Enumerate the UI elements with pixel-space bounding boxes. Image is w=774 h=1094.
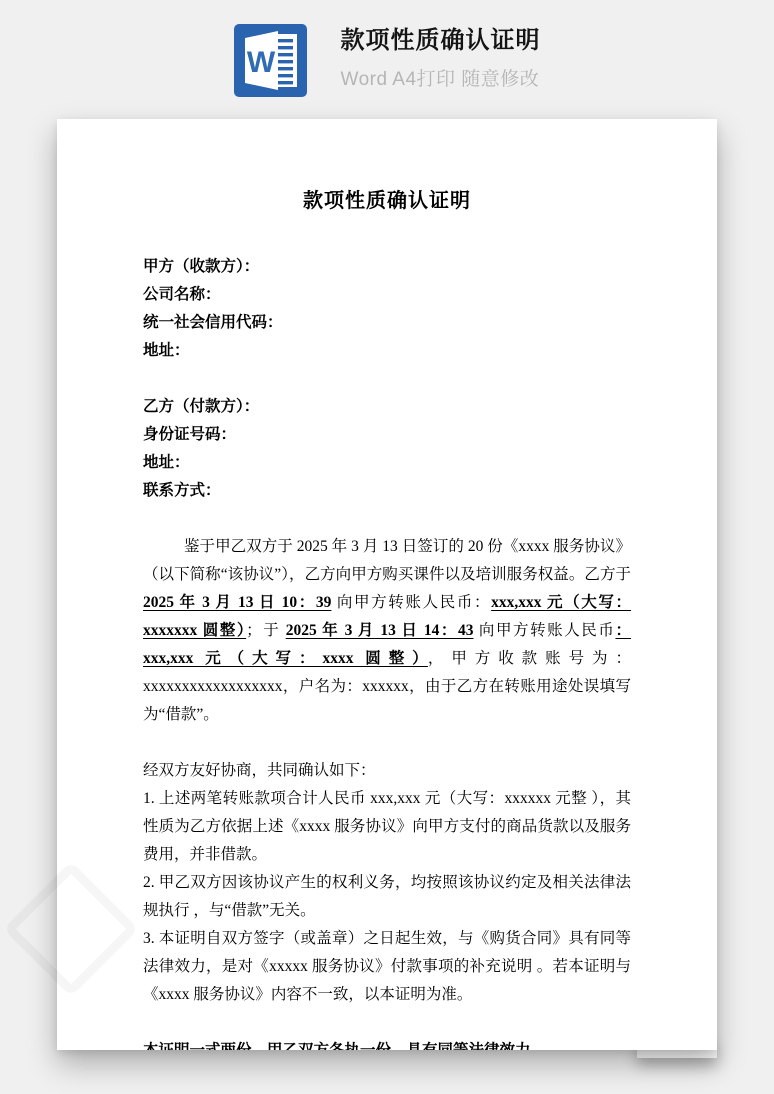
doc-paragraph: 1. 上述两笔转账款项合计人民币 xxx,xxx 元（大写：xxxxxx 元整 … [143, 785, 631, 869]
doc-text-segment: 向甲方转账人民币 [473, 622, 615, 639]
doc-line: 统一社会信用代码： [143, 309, 631, 337]
page-subtitle: Word A4打印 随意修改 [341, 69, 541, 91]
blank-line [143, 729, 631, 757]
document-title: 款项性质确认证明 [143, 187, 631, 215]
doc-line: 联系方式： [143, 477, 631, 505]
doc-line: 甲方（收款方）： [143, 253, 631, 281]
doc-paragraph: 2. 甲乙双方因该协议产生的权利义务，均按照该协议约定及相关法律法规执行 ，与“… [143, 869, 631, 925]
doc-text-segment: 2025 年 3 月 13 日 14：43 [286, 622, 474, 639]
word-icon: W [234, 24, 307, 97]
word-icon-letter: W [246, 46, 275, 79]
doc-paragraph: 本证明一式两份，甲乙双方各执一份，具有同等法律效力。 [143, 1037, 631, 1050]
blank-line [143, 365, 631, 393]
doc-line: 公司名称： [143, 281, 631, 309]
header-text: 款项性质确认证明 Word A4打印 随意修改 [341, 24, 541, 91]
doc-text-segment: 2025 年 3 月 13 日 10：39 [143, 594, 331, 611]
doc-line: 乙方（付款方）： [143, 393, 631, 421]
doc-text-segment: 向甲方转账人民币： [331, 594, 491, 611]
doc-paragraph: 3. 本证明自双方签字（或盖章）之日起生效，与《购货合同》具有同等法律效力，是对… [143, 925, 631, 1009]
blank-line [143, 1009, 631, 1037]
doc-line: 经双方友好协商，共同确认如下： [143, 757, 631, 785]
doc-paragraph: 鉴于甲乙双方于 2025 年 3 月 13 日签订的 20 份《xxxx 服务协… [143, 533, 631, 729]
doc-line: 地址： [143, 449, 631, 477]
paper-wrap: 款项性质确认证明 甲方（收款方）：公司名称：统一社会信用代码：地址：乙方（付款方… [57, 119, 717, 1050]
blank-line [143, 505, 631, 533]
doc-line: 身份证号码： [143, 421, 631, 449]
doc-line: 地址： [143, 337, 631, 365]
doc-text-segment: ；于 [246, 622, 286, 639]
page-title: 款项性质确认证明 [341, 27, 541, 55]
document-body: 甲方（收款方）：公司名称：统一社会信用代码：地址：乙方（付款方）：身份证号码：地… [143, 253, 631, 1050]
header: W 款项性质确认证明 Word A4打印 随意修改 [0, 0, 774, 97]
document-page[interactable]: 款项性质确认证明 甲方（收款方）：公司名称：统一社会信用代码：地址：乙方（付款方… [57, 119, 717, 1050]
doc-text-segment: 鉴于甲乙双方于 2025 年 3 月 13 日签订的 20 份《xxxx 服务协… [143, 538, 631, 583]
